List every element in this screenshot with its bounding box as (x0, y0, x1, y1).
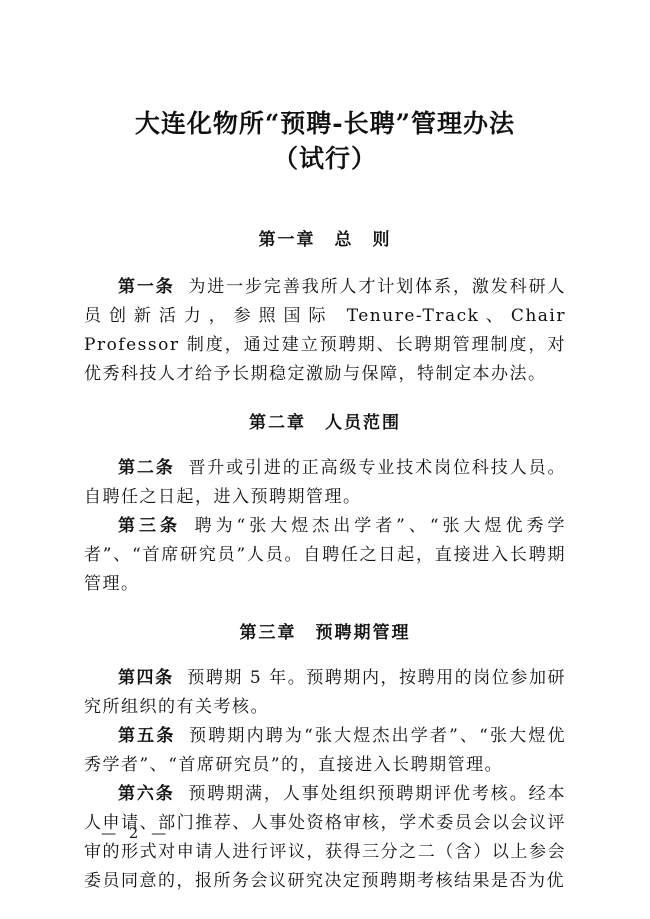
chapter-1-heading: 第一章 总 则 (84, 228, 566, 252)
article-1-label: 第一条 (118, 277, 175, 297)
article-2-label: 第二条 (118, 458, 175, 478)
article-5-label: 第五条 (118, 726, 176, 746)
chapter-2-heading: 第二章 人员范围 (84, 411, 566, 435)
document-page: 大连化物所“预聘-长聘”管理办法 （试行） 第一章 总 则 第一条为进一步完善我… (0, 0, 650, 919)
document-title-line-2: （试行） (84, 141, 566, 176)
article-3: 第三条聘为“张大煜杰出学者”、“张大煜优秀学者”、“首席研究员”人员。自聘任之日… (84, 512, 566, 599)
article-3-label: 第三条 (118, 516, 181, 536)
chapter-3-heading: 第三章 预聘期管理 (84, 621, 566, 645)
document-content: 大连化物所“预聘-长聘”管理办法 （试行） 第一章 总 则 第一条为进一步完善我… (0, 106, 650, 896)
article-6-label: 第六条 (118, 784, 175, 804)
article-4: 第四条预聘期 5 年。预聘期内，按聘用的岗位参加研究所组织的有关考核。 (84, 664, 566, 722)
page-number: — 2 — (101, 824, 170, 842)
article-4-label: 第四条 (118, 668, 174, 688)
document-title: 大连化物所“预聘-长聘”管理办法 （试行） (84, 106, 566, 176)
article-2: 第二条晋升或引进的正高级专业技术岗位科技人员。自聘任之日起，进入预聘期管理。 (84, 454, 566, 512)
document-title-line-1: 大连化物所“预聘-长聘”管理办法 (84, 106, 566, 141)
article-1: 第一条为进一步完善我所人才计划体系，激发科研人员创新活力，参照国际 Tenure… (84, 273, 566, 389)
article-5: 第五条预聘期内聘为“张大煜杰出学者”、“张大煜优秀学者”、“首席研究员”的，直接… (84, 722, 566, 780)
